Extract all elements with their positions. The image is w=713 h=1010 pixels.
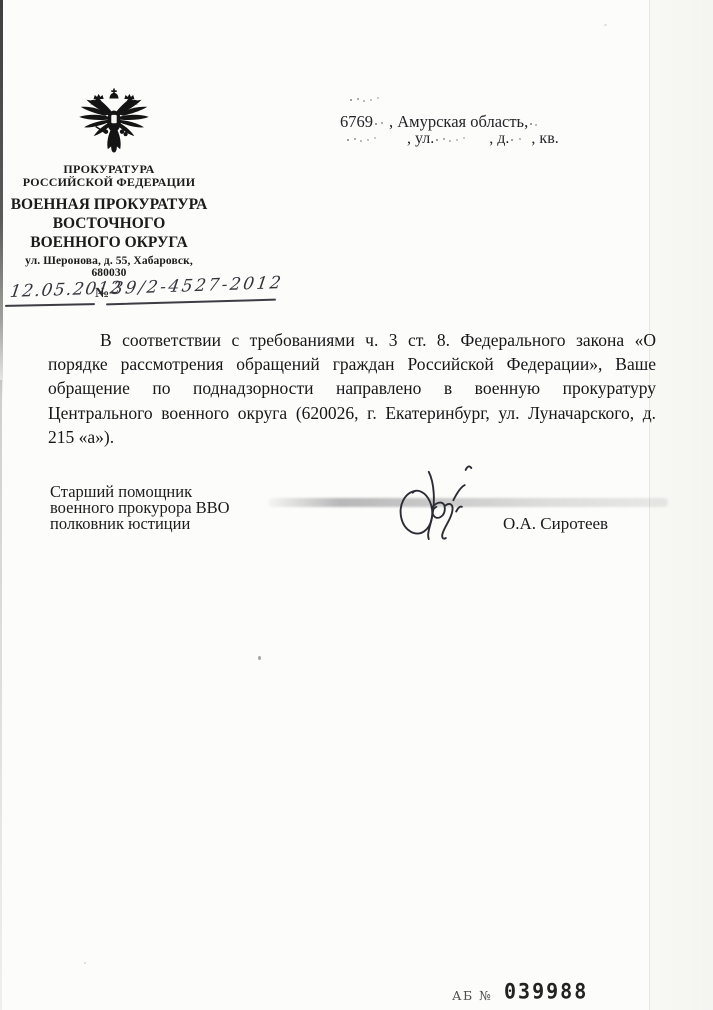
redacted-settlement bbox=[345, 132, 407, 143]
redacted-house-number bbox=[509, 132, 531, 143]
unit-name-line3: ВОЕННОГО ОКРУГА bbox=[8, 234, 210, 252]
scanned-letter-page: ПРОКУРАТУРА РОССИЙСКОЙ ФЕДЕРАЦИИ ВОЕННАЯ… bbox=[0, 0, 713, 1010]
redacted-digits bbox=[373, 116, 389, 127]
handwritten-underline bbox=[5, 303, 95, 306]
letterhead-address: ул. Шеронова, д. 55, Хабаровск, 680030 bbox=[8, 255, 210, 279]
body-line: обращение по поднадзорности направлено в… bbox=[48, 376, 656, 400]
scan-speck bbox=[84, 962, 86, 964]
unit-name-line1: ВОЕННАЯ ПРОКУРАТУРА bbox=[8, 196, 210, 214]
scan-speck bbox=[258, 656, 261, 660]
recipient-region: , Амурская область, bbox=[389, 112, 528, 131]
signer-title-block: Старший помощник военного прокурора ВВО … bbox=[50, 484, 230, 531]
stamp-series-label: АБ № bbox=[452, 988, 492, 1003]
body-line: порядке рассмотрения обращений граждан Р… bbox=[48, 352, 656, 376]
flat-label: , кв. bbox=[531, 130, 558, 147]
redacted-mark bbox=[528, 116, 540, 127]
scan-edge-artifact bbox=[0, 0, 3, 400]
redacted-street-name bbox=[434, 132, 489, 143]
scan-edge-artifact-faint bbox=[0, 380, 2, 1010]
house-label: , д. bbox=[489, 130, 509, 147]
handwritten-underline bbox=[106, 299, 276, 305]
recipient-name-redacted bbox=[348, 90, 408, 102]
stamp-serial-number: 039988 bbox=[504, 978, 588, 1004]
street-label: , ул. bbox=[407, 130, 434, 147]
letter-body: В соответствии с требованиями ч. 3 ст. 8… bbox=[48, 328, 656, 449]
russia-coat-of-arms-icon bbox=[74, 87, 154, 158]
handwritten-signature bbox=[390, 453, 494, 555]
recipient-address-line1: 6769, Амурская область, bbox=[340, 112, 540, 132]
org-name-line2: РОССИЙСКОЙ ФЕДЕРАЦИИ bbox=[8, 175, 210, 190]
unit-name-line2: ВОСТОЧНОГО bbox=[8, 215, 210, 233]
number-sign: № bbox=[95, 286, 109, 302]
body-line: 215 «а»). bbox=[48, 425, 656, 449]
body-line: Центрального военного округа (620026, г.… bbox=[48, 401, 656, 425]
body-line: В соответствии с требованиями ч. 3 ст. 8… bbox=[48, 328, 656, 352]
signer-title-line3: полковник юстиции bbox=[50, 516, 230, 532]
signer-name: О.А. Сиротеев bbox=[503, 514, 608, 534]
recipient-postal-code: 6769 bbox=[340, 112, 373, 131]
recipient-address-line2: , ул., д., кв. bbox=[345, 130, 559, 148]
scan-speck bbox=[604, 24, 607, 26]
